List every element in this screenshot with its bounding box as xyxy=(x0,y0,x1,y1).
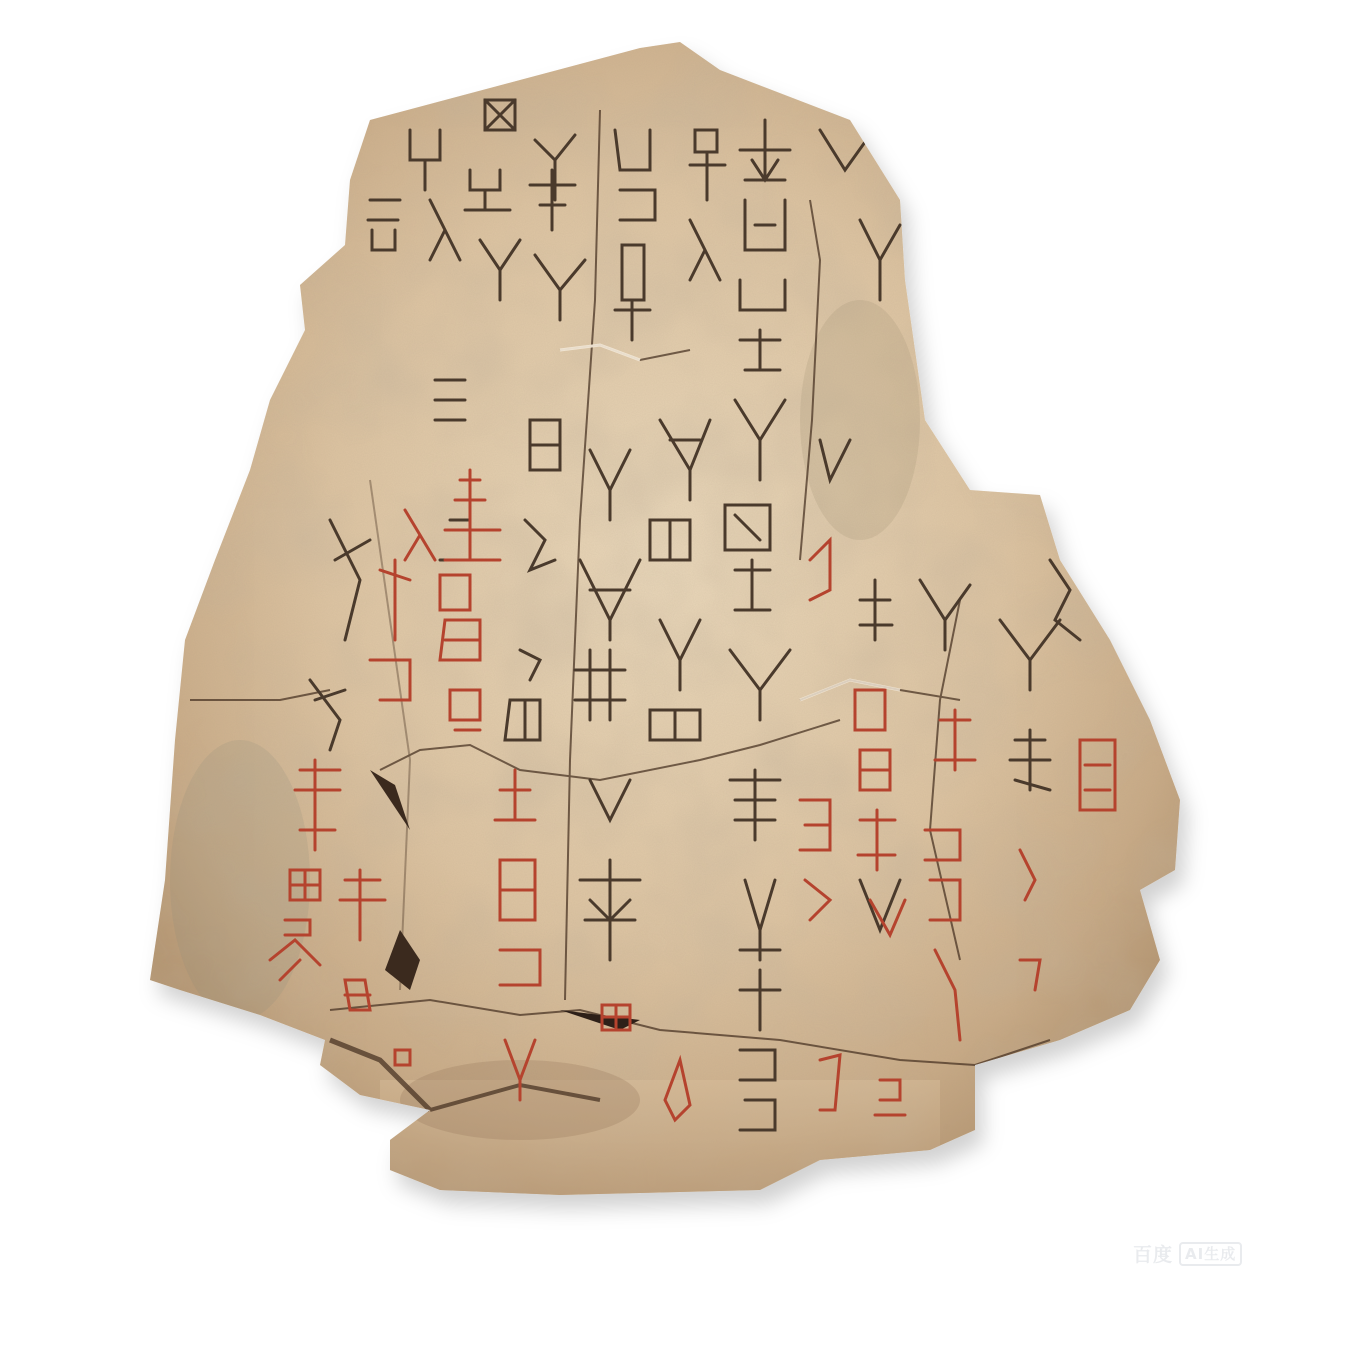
watermark: 百度 AI生成 xyxy=(1133,1240,1242,1267)
oracle-bone-photo xyxy=(0,0,1350,1350)
watermark-brand: 百度 xyxy=(1133,1240,1173,1267)
watermark-badge: AI生成 xyxy=(1179,1242,1242,1266)
